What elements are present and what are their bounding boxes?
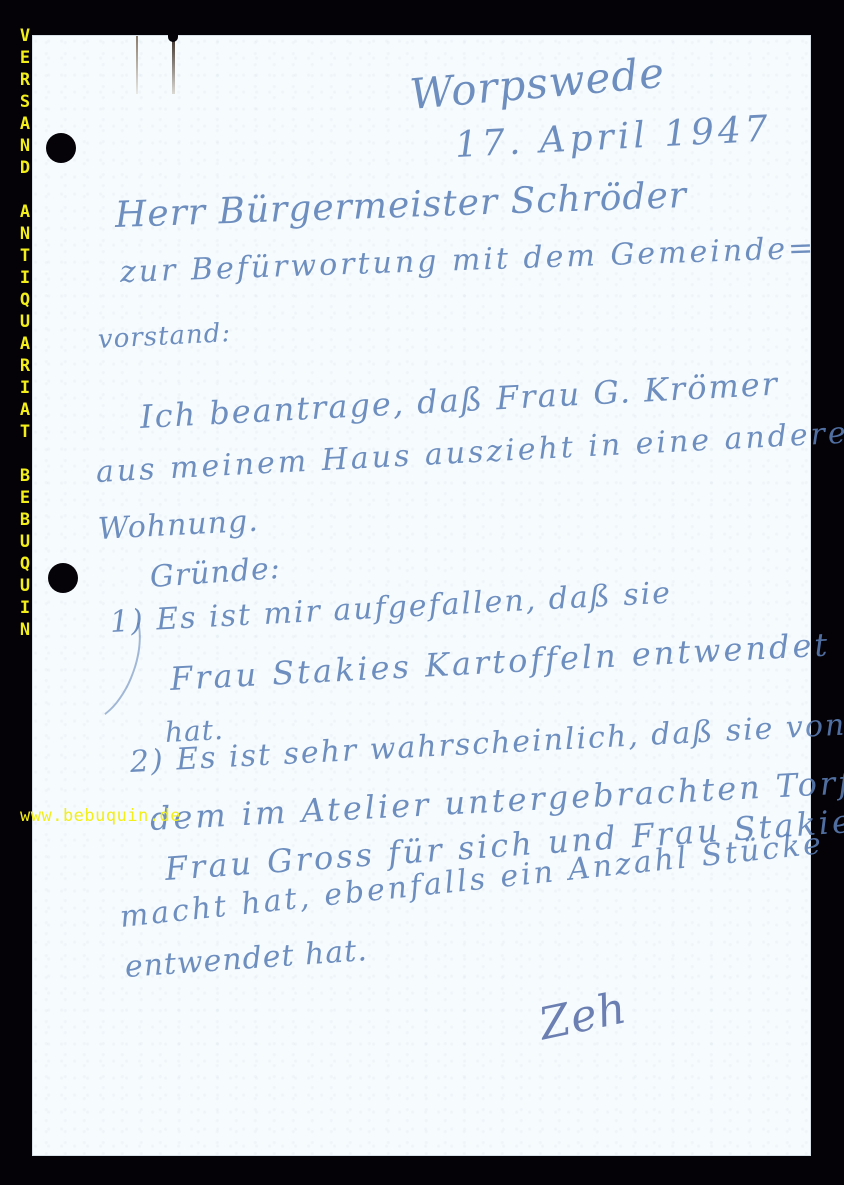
watermark-letter: U — [20, 531, 30, 553]
watermark-letter: N — [20, 619, 30, 641]
watermark-letter: T — [20, 421, 30, 443]
watermark-letter: N — [20, 135, 30, 157]
watermark-letter: I — [20, 267, 30, 289]
watermark-letter: R — [20, 355, 30, 377]
watermark-letter: A — [20, 399, 30, 421]
watermark-letter: T — [20, 245, 30, 267]
watermark-letter: U — [20, 575, 30, 597]
watermark-letter: Q — [20, 553, 30, 575]
watermark-letter: I — [20, 597, 30, 619]
watermark-letter: Q — [20, 289, 30, 311]
watermark-letter: A — [20, 333, 30, 355]
paper-tear — [172, 36, 175, 94]
watermark-vertical-text: VERSANDANTIQUARIATBEBUQUIN — [16, 25, 34, 641]
paper-notch — [168, 34, 178, 42]
watermark-letter: B — [20, 465, 30, 487]
watermark-letter: U — [20, 311, 30, 333]
punch-hole-top — [46, 133, 76, 163]
watermark-letter: N — [20, 223, 30, 245]
paper-crease — [136, 36, 138, 94]
watermark-letter: A — [20, 201, 30, 223]
watermark-letter: I — [20, 377, 30, 399]
watermark-url: www.bebuquin.de — [20, 806, 181, 826]
watermark-letter: S — [20, 91, 30, 113]
watermark-letter: D — [20, 157, 30, 179]
watermark-letter: E — [20, 47, 30, 69]
watermark-letter: R — [20, 69, 30, 91]
watermark-letter: V — [20, 25, 30, 47]
punch-hole-bottom — [48, 563, 78, 593]
watermark-letter: B — [20, 509, 30, 531]
watermark-letter: E — [20, 487, 30, 509]
watermark-letter: A — [20, 113, 30, 135]
